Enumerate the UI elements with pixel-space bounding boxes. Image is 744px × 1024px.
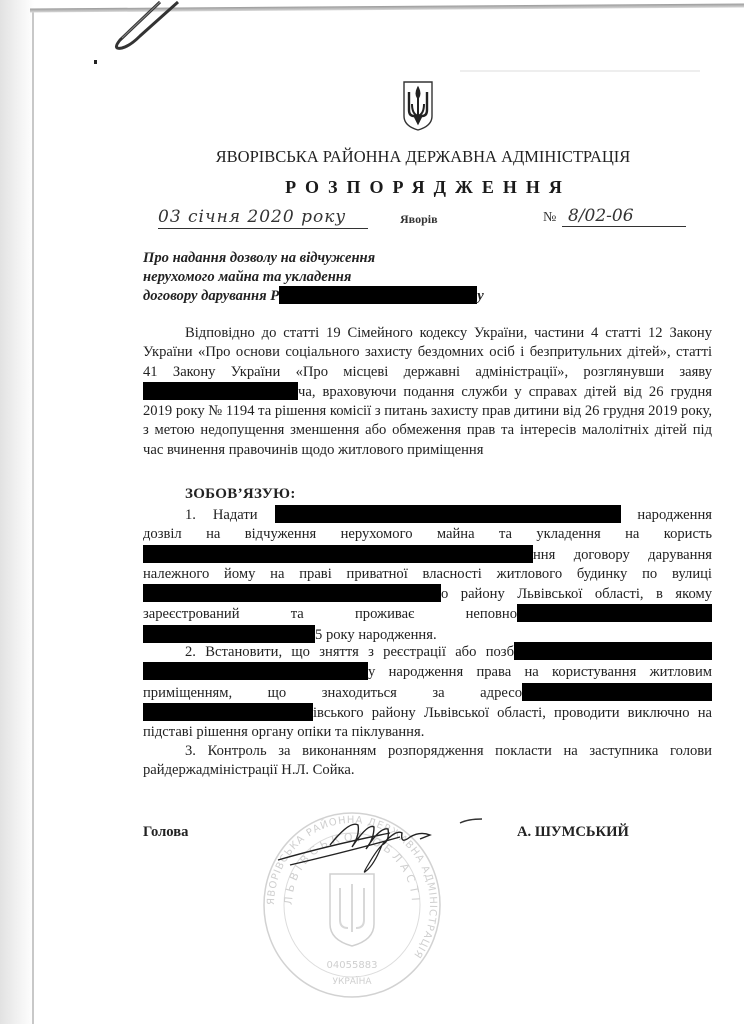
- subject-line-2: нерухомого майна та укладення: [143, 268, 484, 287]
- redaction-bar: [275, 505, 621, 523]
- subject-line-3-suffix: у: [477, 288, 483, 304]
- document-number-label: №: [543, 210, 556, 226]
- subject-line-1: Про надання дозволу на відчуження: [143, 249, 484, 268]
- item-1-text-1: Надати: [213, 507, 275, 523]
- preamble-text-1: Відповідно до статті 19 Сімейного кодекс…: [143, 325, 712, 380]
- resolution-colon: :: [290, 486, 295, 502]
- redaction-bar: [143, 703, 313, 721]
- item-3-text: Контроль за виконанням розпорядження пок…: [143, 743, 712, 778]
- redaction-bar: [143, 382, 298, 400]
- subject-line-3: договору дарування Ру: [143, 286, 484, 306]
- item-number: 2.: [185, 644, 196, 660]
- document-number-handwritten: 8/02-06: [562, 205, 686, 227]
- subject-line-3-prefix: договору дарування Р: [143, 288, 279, 304]
- scan-speck: [94, 60, 97, 64]
- document-place: Яворів: [400, 212, 438, 227]
- item-2: 2. Встановити, що зняття з реєстрації аб…: [143, 642, 712, 742]
- handwritten-signature-icon: [270, 815, 490, 875]
- paperclip-icon: [100, 0, 190, 50]
- document-subject: Про надання дозволу на відчуження нерухо…: [143, 249, 484, 306]
- stamp-code: 04055883: [327, 960, 378, 971]
- redaction-white-top-left: [205, 17, 458, 73]
- redaction-bar: [522, 683, 712, 701]
- item-1-text-6: 5 року народження.: [315, 627, 437, 643]
- redaction-white-top-right: [460, 20, 700, 72]
- redaction-bar: [514, 642, 712, 660]
- redaction-bar: [143, 625, 315, 643]
- item-number: 3.: [185, 743, 196, 759]
- trident-emblem-icon: [402, 80, 434, 132]
- organization-name: ЯВОРІВСЬКА РАЙОННА ДЕРЖАВНА АДМІНІСТРАЦІ…: [0, 147, 744, 167]
- signatory-name: А. ШУМСЬКИЙ: [517, 824, 629, 841]
- redaction-bar: [143, 662, 368, 680]
- redaction-bar: [143, 545, 533, 563]
- redaction-bar: [143, 584, 441, 602]
- redaction-bar: [517, 604, 712, 622]
- document-type-title: РОЗПОРЯДЖЕННЯ: [0, 177, 744, 198]
- item-number: 1.: [185, 507, 196, 523]
- signatory-title: Голова: [143, 824, 188, 841]
- item-1: 1. Надати народження дозвіл на відчуженн…: [143, 505, 712, 645]
- resolution-word: ЗОБОВ’ЯЗУЮ: [185, 486, 290, 502]
- preamble-paragraph: Відповідно до статті 19 Сімейного кодекс…: [143, 324, 712, 460]
- document-date-handwritten: 03 січня 2020 року: [158, 206, 368, 229]
- redaction-bar: [279, 286, 477, 304]
- stamp-country: УКРАЇНА: [332, 976, 372, 987]
- resolution-heading: ЗОБОВ’ЯЗУЮ:: [185, 486, 296, 503]
- item-3: 3. Контроль за виконанням розпорядження …: [143, 742, 712, 781]
- item-2-text-1: Встановити, що зняття з реєстрації або п…: [205, 644, 514, 660]
